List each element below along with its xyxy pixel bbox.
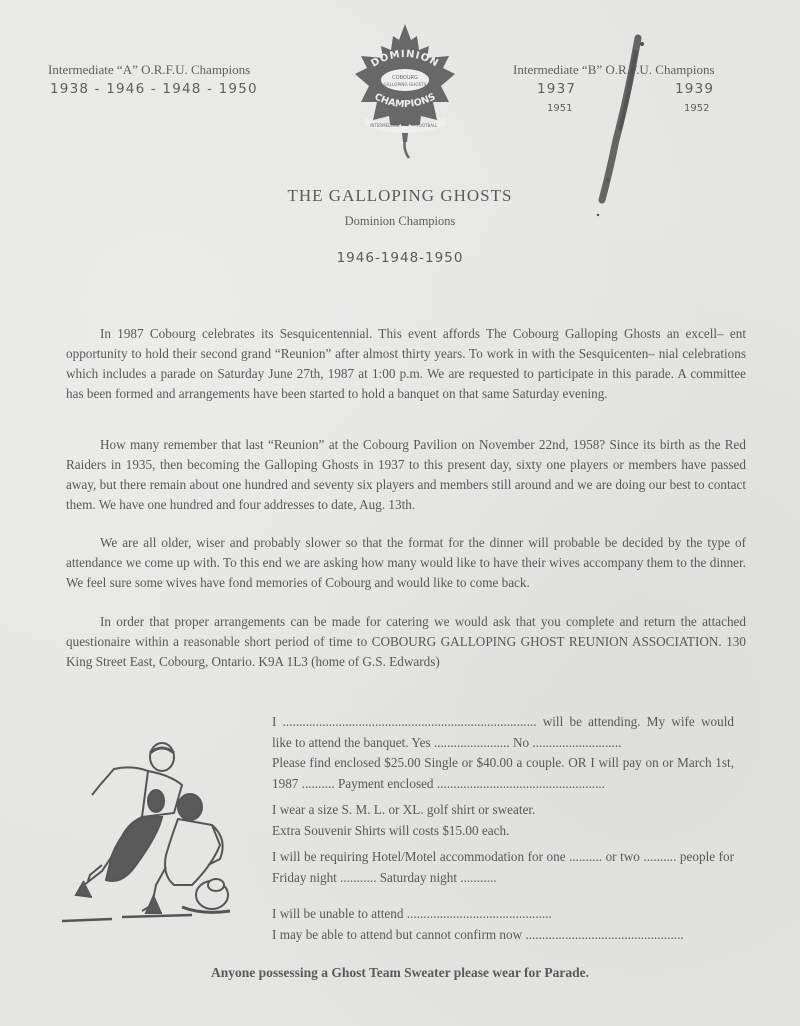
football-players-illustration — [62, 735, 262, 925]
page-subtitle: Dominion Champions — [0, 214, 800, 229]
dominion-champions-emblem: DOMINION COBOURG GALLOPING GHOSTS CHAMPI… — [345, 22, 465, 162]
form-attending-line: I ......................................… — [272, 712, 734, 753]
left-champions-years: 1938 - 1946 - 1948 - 1950 — [50, 81, 258, 97]
response-form: I ......................................… — [272, 712, 734, 945]
form-payment-line: Please find enclosed $25.00 Single or $4… — [272, 753, 734, 794]
paragraph-dinner-format: We are all older, wiser and probably slo… — [66, 533, 746, 593]
svg-text:FOOTBALL: FOOTBALL — [417, 123, 439, 128]
paragraph-questionnaire: In order that proper arrangements can be… — [66, 612, 746, 672]
paragraph-reunion-history: How many remember that last “Reunion” at… — [66, 435, 746, 515]
right-year-1951: 1951 — [547, 103, 572, 114]
form-souvenir-line: Extra Souvenir Shirts will costs $15.00 … — [272, 821, 734, 842]
paragraph-sesquicentennial: In 1987 Cobourg celebrates its Sesquicen… — [66, 324, 746, 404]
right-year-1952: 1952 — [684, 103, 709, 114]
page-title: THE GALLOPING GHOSTS — [0, 186, 800, 206]
maple-leaf-icon: DOMINION COBOURG GALLOPING GHOSTS CHAMPI… — [345, 22, 465, 162]
form-hotel-line: I will be requiring Hotel/Motel accommod… — [272, 847, 734, 888]
svg-text:COBOURG: COBOURG — [392, 75, 418, 81]
right-year-1937: 1937 — [537, 81, 576, 97]
form-shirt-size-line: I wear a size S. M. L. or XL. golf shirt… — [272, 800, 734, 821]
form-unable-line: I will be unable to attend .............… — [272, 904, 734, 925]
parade-sweater-note: Anyone possessing a Ghost Team Sweater p… — [0, 965, 800, 981]
dominion-years: 1946-1948-1950 — [0, 250, 800, 266]
svg-text:GALLOPING GHOSTS: GALLOPING GHOSTS — [384, 82, 427, 87]
left-champions-caption: Intermediate “A” O.R.F.U. Champions — [48, 62, 250, 78]
svg-text:INTERMEDIATE: INTERMEDIATE — [370, 123, 400, 128]
form-maybe-line: I may be able to attend but cannot confi… — [272, 925, 734, 946]
right-year-1939: 1939 — [675, 81, 714, 97]
